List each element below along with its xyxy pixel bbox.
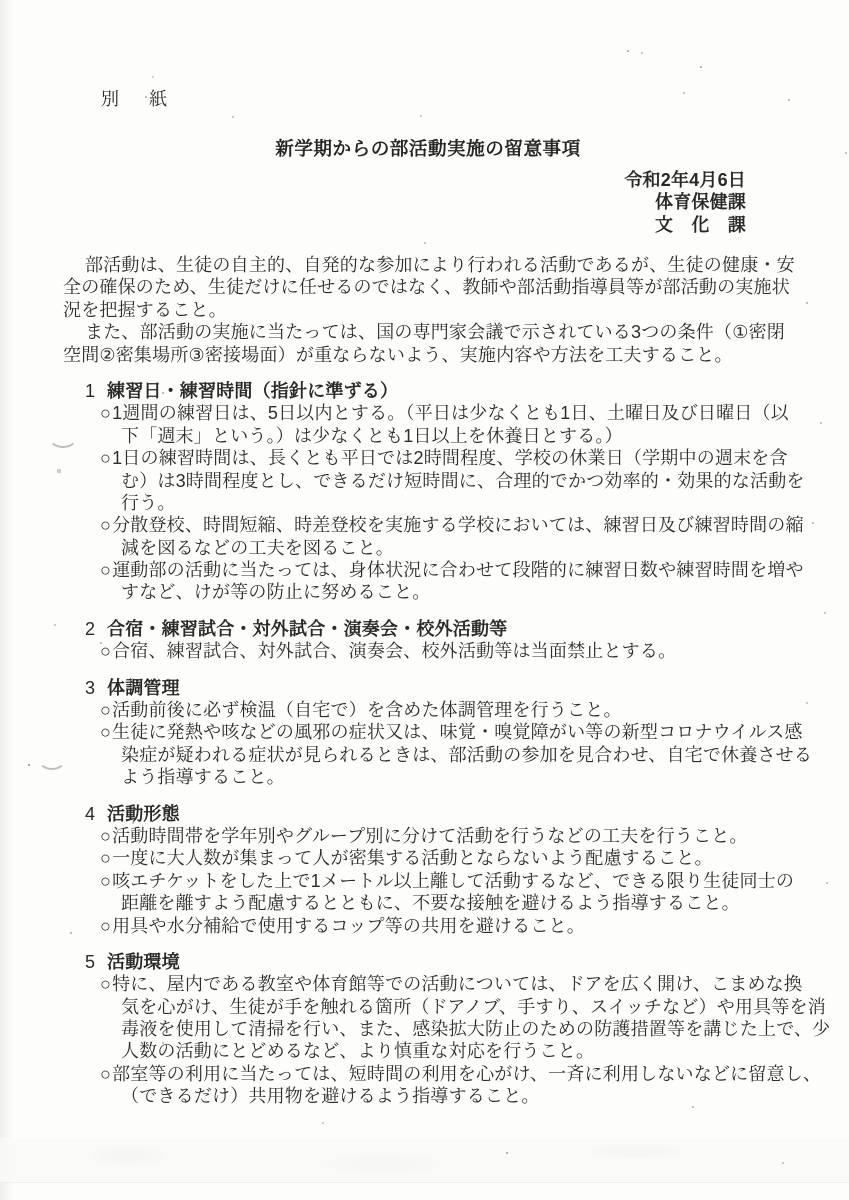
list-item: ○分散登校、時間短縮、時差登校を実施する学校においては、練習日及び練習時間の縮減… xyxy=(63,514,793,559)
circle-bullet-icon: ○ xyxy=(100,722,111,742)
intro-line: 全の確保のため、生徒だけに任せるのではなく、教師や部活動指導員等が部活動の実施状 xyxy=(63,276,793,298)
section-number: 4 xyxy=(85,803,107,825)
list-item: ○一度に大人数が集まって人が密集する活動とならないよう配慮すること。 xyxy=(63,847,793,869)
circle-bullet-icon: ○ xyxy=(100,448,111,468)
circle-bullet-icon: ○ xyxy=(100,560,111,580)
list-item-text: 用具や水分補給で使用するコップ等の共用を避けること。 xyxy=(112,916,585,936)
intro-line: 空間②密集場所③密接場面）が重ならないよう、実施内容や方法を工夫すること。 xyxy=(63,344,793,366)
list-item-text: 一度に大人数が集まって人が密集する活動とならないよう配慮すること。 xyxy=(112,848,713,868)
list-item-continuation-line: 行う。 xyxy=(100,492,793,514)
scan-curl-mark xyxy=(38,748,66,770)
list-item: ○用具や水分補給で使用するコップ等の共用を避けること。 xyxy=(63,915,793,937)
scanned-document: { "page": { "corner_label": "別 紙", "titl… xyxy=(0,0,849,1200)
list-item-text: 運動部の活動に当たっては、身体状況に合わせて段階的に練習日数や練習時間を増や xyxy=(112,560,804,580)
scan-bottom-artifact-band xyxy=(0,1138,849,1183)
issuing-department-1: 体育保健課 xyxy=(63,191,746,213)
section-number: 5 xyxy=(85,951,107,973)
list-item-text: 分散登校、時間短縮、時差登校を実施する学校においては、練習日及び練習時間の縮 xyxy=(112,515,804,535)
section-4: 4活動形態○活動時間帯を学年別やグループ別に分けて活動を行うなどの工夫を行うこと… xyxy=(63,803,793,937)
section-1: 1練習日・練習時間（指針に準ずる）○1週間の練習日は、5日以内とする。（平日は少… xyxy=(63,380,793,604)
list-item-text: 部室等の利用に当たっては、短時間の利用を心がけ、一斉に利用しないなどに留意し、 xyxy=(112,1064,821,1084)
circle-bullet-icon: ○ xyxy=(100,641,111,661)
list-item: ○1週間の練習日は、5日以内とする。（平日は少なくとも1日、土曜日及び日曜日（以… xyxy=(63,402,793,447)
list-item: ○部室等の利用に当たっては、短時間の利用を心がけ、一斉に利用しないなどに留意し、… xyxy=(63,1063,793,1108)
list-item-continuation-line: （できるだけ）共用物を避けるよう指導すること。 xyxy=(100,1085,793,1107)
section-title: 活動環境 xyxy=(107,952,180,972)
list-item-first-line: ○分散登校、時間短縮、時差登校を実施する学校においては、練習日及び練習時間の縮 xyxy=(100,514,793,536)
section-heading: 3体調管理 xyxy=(63,677,793,699)
section-2: 2合宿・練習試合・対外試合・演奏会・校外活動等○合宿、練習試合、対外試合、演奏会… xyxy=(63,618,793,663)
list-item: ○特に、屋内である教室や体育館等での活動については、ドアを広く開け、こまめな換気… xyxy=(63,973,793,1063)
list-item-first-line: ○運動部の活動に当たっては、身体状況に合わせて段階的に練習日数や練習時間を増や xyxy=(100,559,793,581)
list-item-text: 1週間の練習日は、5日以内とする。（平日は少なくとも1日、土曜日及び日曜日（以 xyxy=(112,403,789,423)
list-item-first-line: ○咳エチケットをした上で1メートル以上離して活動するなど、できる限り生徒同士の xyxy=(100,870,793,892)
circle-bullet-icon: ○ xyxy=(100,916,111,936)
list-item: ○生徒に発熱や咳などの風邪の症状又は、味覚・嗅覚障がい等の新型コロナウイルス感染… xyxy=(63,721,793,788)
list-item-continuation-line: 減を図るなどの工夫を図ること。 xyxy=(100,537,793,559)
list-item-text: 生徒に発熱や咳などの風邪の症状又は、味覚・嗅覚障がい等の新型コロナウイルス感 xyxy=(112,722,803,742)
list-item: ○咳エチケットをした上で1メートル以上離して活動するなど、できる限り生徒同士の距… xyxy=(63,870,793,915)
section-title: 活動形態 xyxy=(107,804,180,824)
list-item: ○1日の練習時間は、長くとも平日では2時間程度、学校の休業日（学期中の週末を含む… xyxy=(63,447,793,514)
list-item-first-line: ○1週間の練習日は、5日以内とする。（平日は少なくとも1日、土曜日及び日曜日（以 xyxy=(100,402,793,424)
section-5: 5活動環境○特に、屋内である教室や体育館等での活動については、ドアを広く開け、こ… xyxy=(63,951,793,1108)
scan-edge-shading xyxy=(0,0,14,1200)
circle-bullet-icon: ○ xyxy=(100,403,111,423)
list-item-first-line: ○用具や水分補給で使用するコップ等の共用を避けること。 xyxy=(100,915,793,937)
document-page: 別 紙 新学期からの部活動実施の留意事項 令和2年4月6日 体育保健課 文 化 … xyxy=(63,88,793,1108)
section-title: 体調管理 xyxy=(107,678,180,698)
list-item: ○運動部の活動に当たっては、身体状況に合わせて段階的に練習日数や練習時間を増やす… xyxy=(63,559,793,604)
section-heading: 1練習日・練習時間（指針に準ずる） xyxy=(63,380,793,402)
section-title: 合宿・練習試合・対外試合・演奏会・校外活動等 xyxy=(107,619,507,639)
list-item-text: 特に、屋内である教室や体育館等での活動については、ドアを広く開け、こまめな換 xyxy=(112,974,802,994)
list-item-continuation-line: む）は3時間程度とし、できるだけ短時間に、合理的でかつ効率的・効果的な活動を xyxy=(100,470,793,492)
intro-line: また、部活動の実施に当たっては、国の専門家会議で示されている3つの条件（①密閉 xyxy=(63,321,793,343)
intro-line: 況を把握すること。 xyxy=(63,299,793,321)
section-heading: 4活動形態 xyxy=(63,803,793,825)
scan-noise-specks xyxy=(0,0,2,2)
intro-line: 部活動は、生徒の自主的、自発的な参加により行われる活動であるが、生徒の健康・安 xyxy=(63,254,793,276)
list-item-continuation-line: 気を心がけ、生徒が手を触れる箇所（ドアノブ、手すり、スイッチなど）や用具等を消 xyxy=(100,996,793,1018)
list-item-text: 活動前後に必ず検温（自宅で）を含めた体調管理を行うこと。 xyxy=(112,700,622,720)
intro-paragraphs: 部活動は、生徒の自主的、自発的な参加により行われる活動であるが、生徒の健康・安全… xyxy=(63,254,793,366)
circle-bullet-icon: ○ xyxy=(100,1064,111,1084)
list-item-continuation-line: 人数の活動にとどめるなど、より慎重な対応を行うこと。 xyxy=(100,1040,793,1062)
section-title: 練習日・練習時間（指針に準ずる） xyxy=(107,381,398,401)
circle-bullet-icon: ○ xyxy=(100,848,111,868)
list-item-continuation-line: 距離を離すよう配慮するとともに、不要な接触を避けるよう指導すること。 xyxy=(100,892,793,914)
issuing-department-2: 文 化 課 xyxy=(63,214,746,236)
list-item-first-line: ○一度に大人数が集まって人が密集する活動とならないよう配慮すること。 xyxy=(100,847,793,869)
section-number: 1 xyxy=(85,380,107,402)
sections: 1練習日・練習時間（指針に準ずる）○1週間の練習日は、5日以内とする。（平日は少… xyxy=(63,380,793,1108)
section-number: 2 xyxy=(85,618,107,640)
section-3: 3体調管理○活動前後に必ず検温（自宅で）を含めた体調管理を行うこと。○生徒に発熱… xyxy=(63,677,793,789)
list-item: ○活動前後に必ず検温（自宅で）を含めた体調管理を行うこと。 xyxy=(63,699,793,721)
circle-bullet-icon: ○ xyxy=(100,515,111,535)
list-item: ○合宿、練習試合、対外試合、演奏会、校外活動等は当面禁止とする。 xyxy=(63,640,793,662)
list-item: ○活動時間帯を学年別やグループ別に分けて活動を行うなどの工夫を行うこと。 xyxy=(63,825,793,847)
list-item-text: 咳エチケットをした上で1メートル以上離して活動するなど、できる限り生徒同士の xyxy=(112,871,794,891)
document-date: 令和2年4月6日 xyxy=(63,169,746,191)
circle-bullet-icon: ○ xyxy=(100,700,111,720)
list-item-first-line: ○特に、屋内である教室や体育館等での活動については、ドアを広く開け、こまめな換 xyxy=(100,973,793,995)
list-item-continuation-line: よう指導すること。 xyxy=(100,766,793,788)
list-item-first-line: ○活動前後に必ず検温（自宅で）を含めた体調管理を行うこと。 xyxy=(100,699,793,721)
list-item-first-line: ○合宿、練習試合、対外試合、演奏会、校外活動等は当面禁止とする。 xyxy=(100,640,793,662)
list-item-continuation-line: 毒液を使用して清掃を行い、また、感染拡大防止のための防護措置等を講じた上で、少 xyxy=(100,1018,793,1040)
list-item-continuation-line: 染症が疑われる症状が見られるときは、部活動の参加を見合わせ、自宅で休養させる xyxy=(100,744,793,766)
list-item-first-line: ○生徒に発熱や咳などの風邪の症状又は、味覚・嗅覚障がい等の新型コロナウイルス感 xyxy=(100,721,793,743)
list-item-text: 活動時間帯を学年別やグループ別に分けて活動を行うなどの工夫を行うこと。 xyxy=(112,826,748,846)
section-number: 3 xyxy=(85,677,107,699)
section-heading: 5活動環境 xyxy=(63,951,793,973)
circle-bullet-icon: ○ xyxy=(100,871,111,891)
list-item-first-line: ○1日の練習時間は、長くとも平日では2時間程度、学校の休業日（学期中の週末を含 xyxy=(100,447,793,469)
list-item-first-line: ○活動時間帯を学年別やグループ別に分けて活動を行うなどの工夫を行うこと。 xyxy=(100,825,793,847)
section-heading: 2合宿・練習試合・対外試合・演奏会・校外活動等 xyxy=(63,618,793,640)
list-item-first-line: ○部室等の利用に当たっては、短時間の利用を心がけ、一斉に利用しないなどに留意し、 xyxy=(100,1063,793,1085)
list-item-continuation-line: すなど、けが等の防止に努めること。 xyxy=(100,581,793,603)
list-item-text: 合宿、練習試合、対外試合、演奏会、校外活動等は当面禁止とする。 xyxy=(112,641,676,661)
list-item-continuation-line: 下「週末」という。）は少なくとも1日以上を休養日とする。） xyxy=(100,425,793,447)
document-meta: 令和2年4月6日 体育保健課 文 化 課 xyxy=(63,169,793,236)
circle-bullet-icon: ○ xyxy=(100,826,111,846)
circle-bullet-icon: ○ xyxy=(100,974,111,994)
document-title: 新学期からの部活動実施の留意事項 xyxy=(63,138,793,160)
list-item-text: 1日の練習時間は、長くとも平日では2時間程度、学校の休業日（学期中の週末を含 xyxy=(112,448,788,468)
corner-label: 別 紙 xyxy=(101,88,793,110)
